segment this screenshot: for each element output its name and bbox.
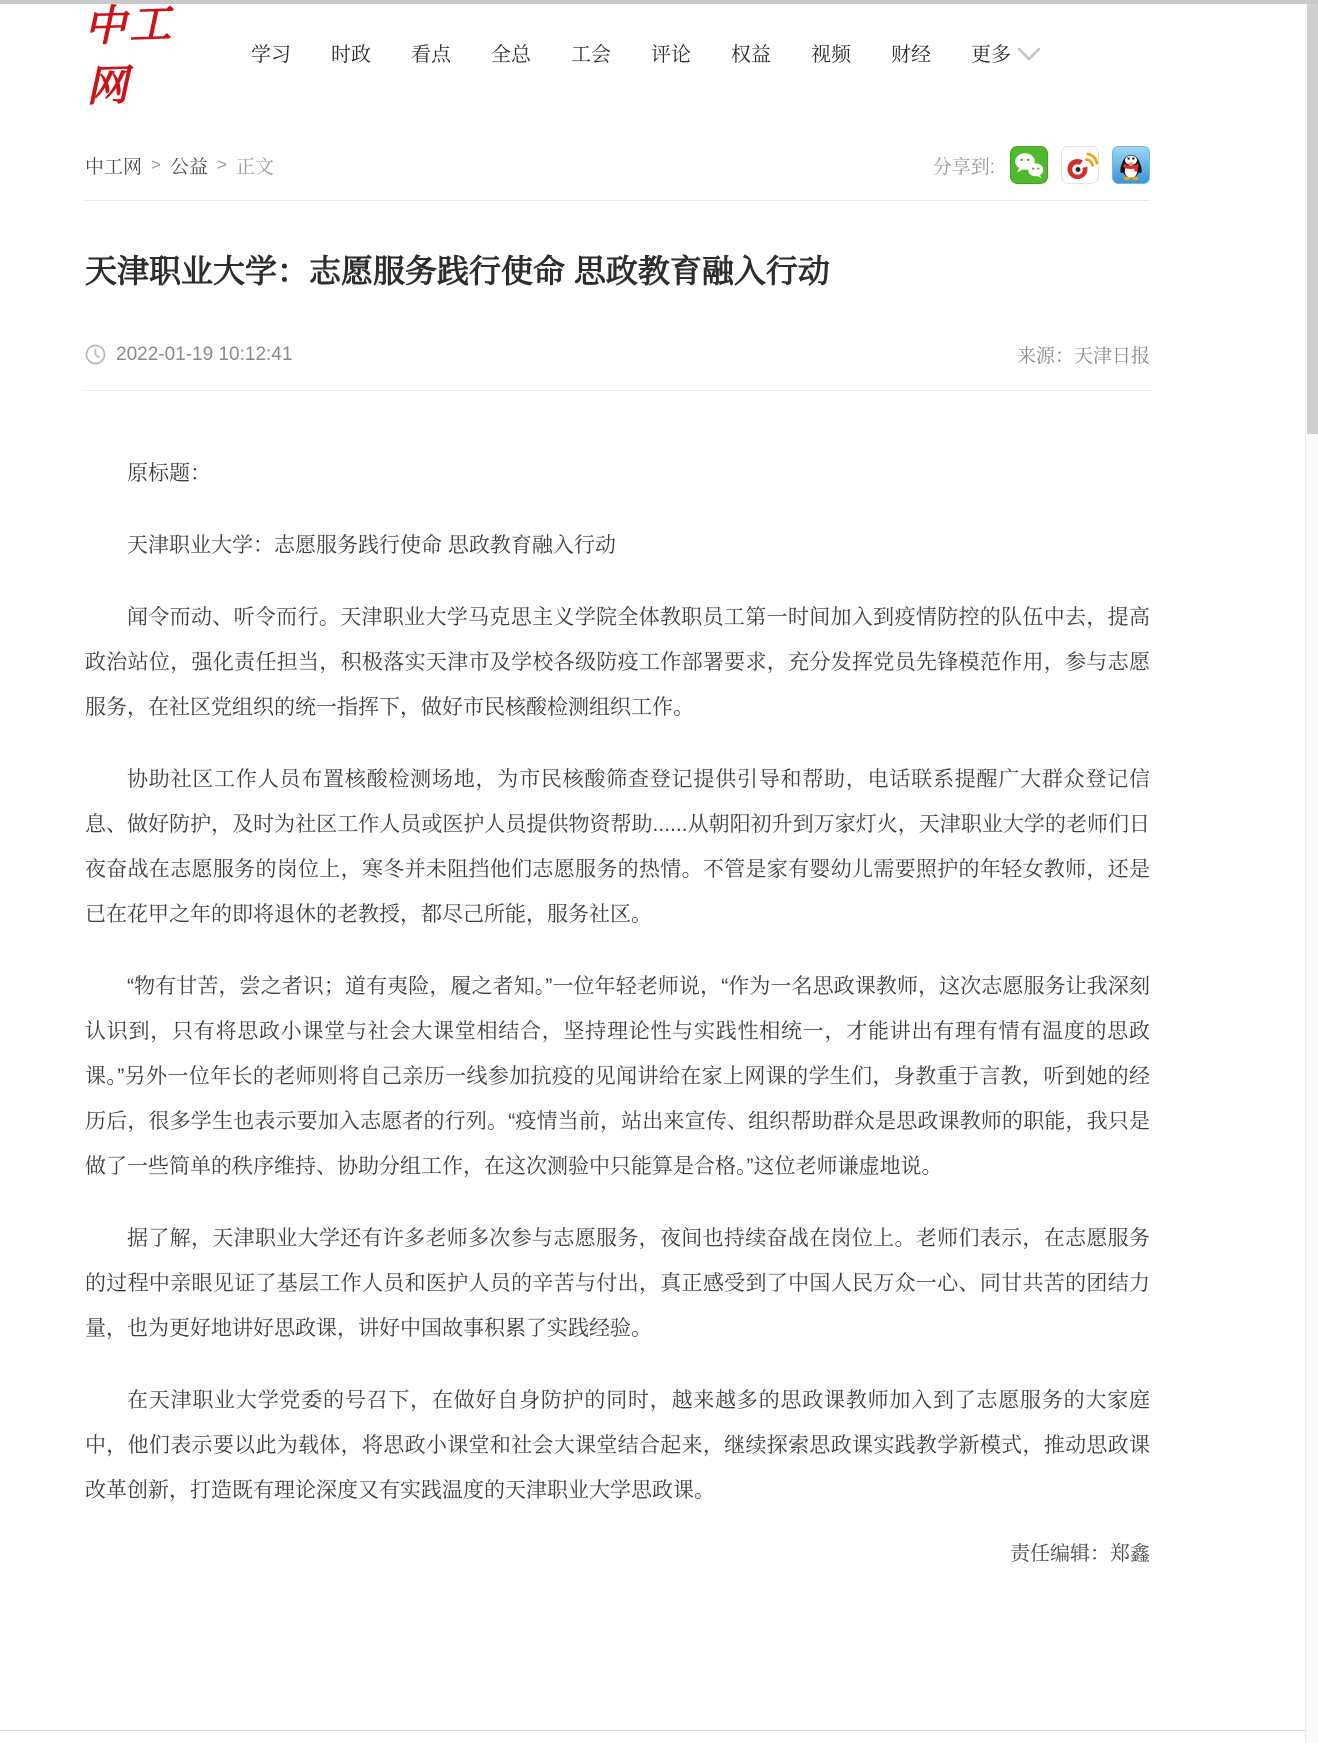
footer-divider (0, 1730, 1318, 1743)
article-paragraph: 协助社区工作人员布置核酸检测场地，为市民核酸筛查登记提供引导和帮助，电话联系提醒… (85, 757, 1150, 937)
content-container: 中工网 > 公益 > 正文 分享到: (85, 100, 1150, 1568)
clock-icon (85, 344, 106, 365)
nav-item-rights[interactable]: 权益 (711, 38, 791, 67)
nav-item-more[interactable]: 更多 (951, 38, 1041, 67)
nav-item-study[interactable]: 学习 (231, 38, 311, 67)
scrollbar-thumb[interactable] (1307, 4, 1318, 434)
article-meta-row: 2022-01-19 10:12:41 来源：天津日报 (85, 293, 1150, 391)
scrollbar-track[interactable] (1305, 4, 1318, 1743)
share-label: 分享到: (933, 152, 995, 179)
breadcrumb-separator: > (151, 155, 161, 175)
breadcrumb-current: 正文 (236, 152, 274, 179)
article-source: 来源：天津日报 (1017, 341, 1150, 368)
qq-share-icon[interactable] (1112, 146, 1150, 184)
breadcrumb-share-row: 中工网 > 公益 > 正文 分享到: (85, 100, 1150, 201)
breadcrumb: 中工网 > 公益 > 正文 (85, 152, 274, 179)
article-paragraph: 闻令而动、听令而行。天津职业大学马克思主义学院全体教职员工第一时间加入到疫情防控… (85, 595, 1150, 730)
main-nav: 学习 时政 看点 全总 工会 评论 权益 视频 财经 更多 (231, 38, 1041, 67)
site-logo[interactable]: 中工网 (83, 0, 199, 114)
publish-time: 2022-01-19 10:12:41 (116, 344, 292, 366)
weibo-share-icon[interactable] (1061, 146, 1099, 184)
article-title: 天津职业大学：志愿服务践行使命 思政教育融入行动 (85, 249, 1150, 293)
chevron-down-icon (1017, 47, 1041, 62)
breadcrumb-home[interactable]: 中工网 (85, 152, 142, 179)
breadcrumb-section[interactable]: 公益 (170, 152, 208, 179)
site-header: 中工网 学习 时政 看点 全总 工会 评论 权益 视频 财经 更多 (0, 4, 1318, 100)
nav-item-acftu[interactable]: 全总 (471, 38, 551, 67)
nav-item-video[interactable]: 视频 (791, 38, 871, 67)
nav-more-label: 更多 (951, 38, 1017, 67)
editor-credit: 责任编辑：郑鑫 (85, 1540, 1150, 1568)
publish-time-group: 2022-01-19 10:12:41 (85, 344, 292, 366)
nav-item-politics[interactable]: 时政 (311, 38, 391, 67)
nav-item-highlights[interactable]: 看点 (391, 38, 471, 67)
article-paragraph: 原标题： (85, 451, 1150, 496)
nav-item-union[interactable]: 工会 (551, 38, 631, 67)
nav-item-comment[interactable]: 评论 (631, 38, 711, 67)
breadcrumb-separator: > (217, 155, 227, 175)
article-paragraph: 据了解，天津职业大学还有许多老师多次参与志愿服务，夜间也持续奋战在岗位上。老师们… (85, 1216, 1150, 1351)
share-box: 分享到: (933, 146, 1150, 184)
wechat-share-icon[interactable] (1010, 146, 1048, 184)
article-body: 原标题： 天津职业大学：志愿服务践行使命 思政教育融入行动 闻令而动、听令而行。… (85, 391, 1150, 1568)
article-paragraph: 在天津职业大学党委的号召下，在做好自身防护的同时，越来越多的思政课教师加入到了志… (85, 1378, 1150, 1513)
nav-item-finance[interactable]: 财经 (871, 38, 951, 67)
article-paragraph: “物有甘苦，尝之者识；道有夷险，履之者知。”一位年轻老师说，“作为一名思政课教师… (85, 964, 1150, 1189)
article-paragraph: 天津职业大学：志愿服务践行使命 思政教育融入行动 (85, 523, 1150, 568)
